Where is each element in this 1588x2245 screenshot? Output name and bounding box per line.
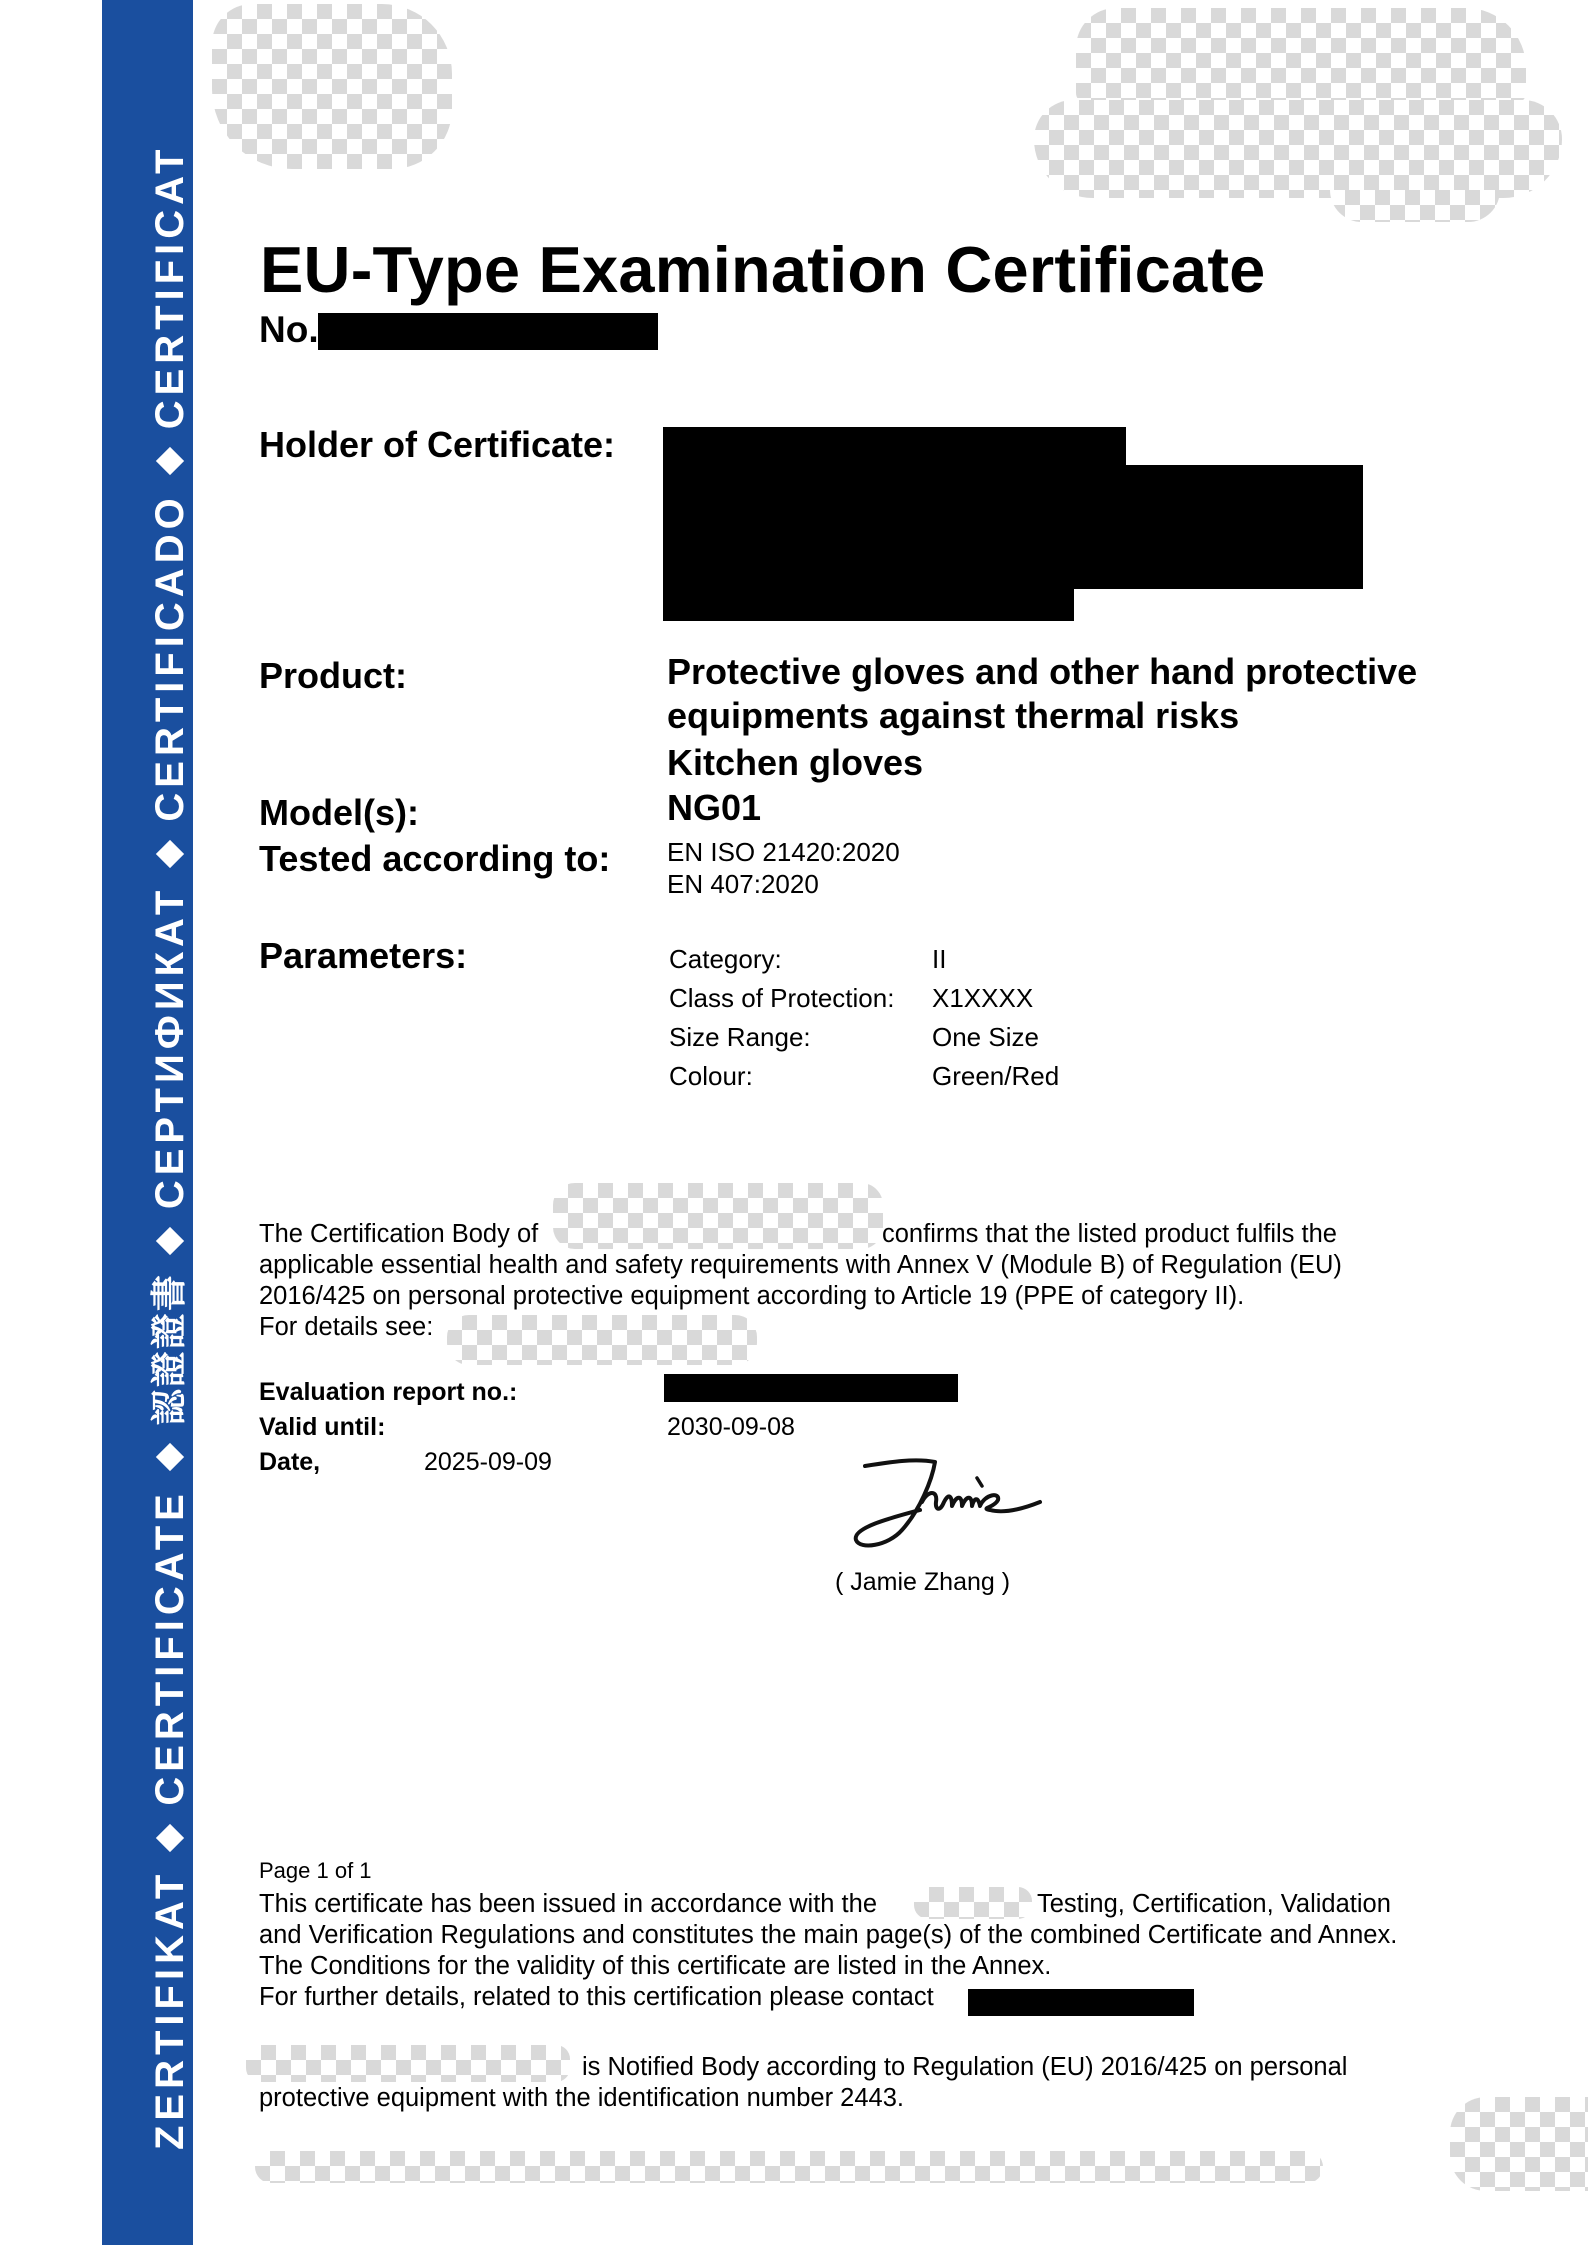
tested-standards: EN ISO 21420:2020 EN 407:2020 — [667, 836, 900, 900]
redacted-organisation-name — [914, 1887, 1032, 1919]
redacted-logo-right — [1076, 8, 1526, 103]
notified-body-line-2: protective equipment with the identifica… — [259, 2083, 904, 2114]
product-line-1: Protective gloves and other hand protect… — [667, 650, 1417, 694]
certificate-number-label: No. — [259, 309, 319, 351]
statement-line-3: 2016/425 on personal protective equipmen… — [259, 1281, 1244, 1312]
param-size-label: Size Range: — [669, 1022, 811, 1053]
footer-line-2: and Verification Regulations and constit… — [259, 1920, 1397, 1951]
date-label: Date, — [259, 1448, 320, 1477]
sidebar-word-certificado: CERTIFICADO — [150, 493, 190, 821]
product-line-3: Kitchen gloves — [667, 741, 1417, 785]
valid-until-value: 2030-09-08 — [667, 1413, 795, 1442]
statement-line-2: applicable essential health and safety r… — [259, 1250, 1342, 1281]
diamond-icon — [156, 447, 184, 475]
statement-line-1-prefix: The Certification Body of — [259, 1219, 538, 1250]
diamond-icon — [156, 839, 184, 867]
redacted-notified-body-name — [246, 2045, 570, 2082]
param-category-value: II — [932, 944, 946, 975]
standard-2: EN 407:2020 — [667, 868, 900, 900]
param-colour-label: Colour: — [669, 1061, 753, 1092]
redacted-holder-line-1 — [663, 427, 1126, 467]
redacted-address-strip — [255, 2151, 1323, 2183]
product-label: Product: — [259, 655, 407, 697]
sidebar-word-certificate: CERTIFICATE — [150, 1489, 190, 1805]
statement-line-4-prefix: For details see: — [259, 1312, 433, 1343]
footer-line-1-suffix: Testing, Certification, Validation — [1037, 1889, 1391, 1920]
diamond-icon — [156, 1824, 184, 1852]
evaluation-report-label: Evaluation report no.: — [259, 1378, 517, 1407]
parameters-label: Parameters: — [259, 935, 467, 977]
diamond-icon — [156, 1227, 184, 1255]
param-class-value: X1XXXX — [932, 983, 1033, 1014]
redacted-holder-address — [663, 465, 1363, 589]
notified-body-line-1: is Notified Body according to Regulation… — [582, 2052, 1347, 2083]
sidebar-word-zertifikat: ZERTIFIKAT — [150, 1870, 190, 2150]
models-value: NG01 — [667, 786, 761, 830]
certificate-sidebar-band: ZERTIFIKATCERTIFICATE認證證書СЕРТИФИКАТCERTI… — [102, 0, 193, 2245]
param-category-label: Category: — [669, 944, 782, 975]
sidebar-word-sertifikat: СЕРТИФИКАТ — [150, 886, 190, 1210]
page-title: EU-Type Examination Certificate — [260, 232, 1266, 307]
sidebar-multilingual-text: ZERTIFIKATCERTIFICATE認證證書СЕРТИФИКАТCERTI… — [148, 145, 190, 2151]
redacted-contact — [968, 1989, 1194, 2016]
diamond-icon — [156, 1443, 184, 1471]
redacted-evaluation-report-number — [664, 1374, 958, 1402]
redacted-certificate-number — [318, 313, 658, 350]
footer-line-1-prefix: This certificate has been issued in acco… — [259, 1889, 877, 1920]
sidebar-word-chinese: 認證證書 — [150, 1273, 190, 1425]
redacted-logo-left — [212, 4, 452, 169]
signature-image — [840, 1450, 1060, 1555]
product-value: Protective gloves and other hand protect… — [667, 650, 1417, 785]
standard-1: EN ISO 21420:2020 — [667, 836, 900, 868]
sidebar-word-certificat: CERTIFICAT — [150, 145, 190, 430]
redacted-holder-line-3 — [663, 585, 1074, 621]
redacted-certification-body-name — [553, 1183, 883, 1249]
valid-until-label: Valid until: — [259, 1413, 385, 1442]
page-indicator: Page 1 of 1 — [259, 1858, 372, 1884]
param-class-label: Class of Protection: — [669, 983, 894, 1014]
redacted-details-link — [447, 1315, 757, 1365]
statement-line-1-suffix: confirms that the listed product fulfils… — [882, 1219, 1337, 1250]
footer-line-3: The Conditions for the validity of this … — [259, 1951, 1051, 1982]
signatory-name: ( Jamie Zhang ) — [835, 1568, 1010, 1597]
param-colour-value: Green/Red — [932, 1061, 1059, 1092]
product-line-2: equipments against thermal risks — [667, 694, 1417, 738]
redacted-corner-mark — [1450, 2097, 1588, 2191]
date-value: 2025-09-09 — [424, 1448, 552, 1477]
footer-line-4-prefix: For further details, related to this cer… — [259, 1982, 934, 2013]
redacted-logo-right-lower — [1034, 100, 1562, 198]
models-label: Model(s): — [259, 792, 419, 834]
tested-label: Tested according to: — [259, 838, 610, 880]
param-size-value: One Size — [932, 1022, 1039, 1053]
holder-label: Holder of Certificate: — [259, 424, 615, 466]
redacted-logo-right-tail — [1330, 190, 1500, 222]
